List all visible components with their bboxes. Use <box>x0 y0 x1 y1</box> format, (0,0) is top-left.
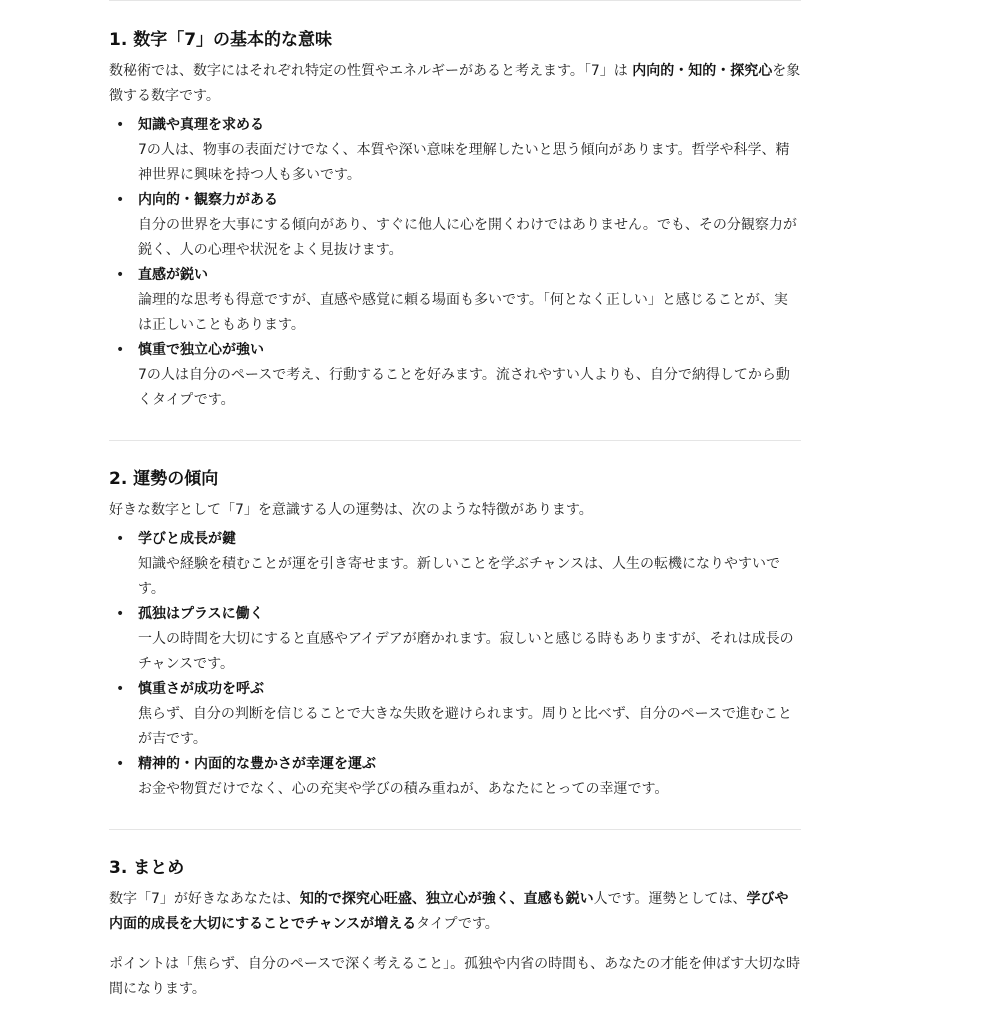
list-item: •慎重さが成功を呼ぶ焦らず、自分の判断を信じることで大きな失敗を避けられます。周… <box>109 677 801 752</box>
divider-top <box>109 0 801 1</box>
divider <box>109 440 801 441</box>
summary-paragraph: 数字「7」が好きなあなたは、知的で探究心旺盛、独立心が強く、直感も鋭い人です。運… <box>109 887 801 937</box>
divider <box>109 829 801 830</box>
section-intro: 好きな数字として「7」を意識する人の運勢は、次のような特徴があります。 <box>109 498 801 523</box>
list-item: •直感が鋭い論理的な思考も得意ですが、直感や感覚に頼る場面も多いです。「何となく… <box>109 263 801 338</box>
bullet-icon: • <box>116 677 124 702</box>
summary-point-paragraph: ポイントは「焦らず、自分のペースで深く考えること」。孤独や内省の時間も、あなたの… <box>109 952 801 1002</box>
bullet-icon: • <box>116 338 124 363</box>
bullet-icon: • <box>116 527 124 552</box>
section-heading: 3. まとめ <box>109 856 801 880</box>
list-item: •知識や真理を求める7の人は、物事の表面だけでなく、本質や深い意味を理解したいと… <box>109 113 801 188</box>
bullet-icon: • <box>116 752 124 777</box>
section-intro: 数秘術では、数字にはそれぞれ特定の性質やエネルギーがあると考えます。「7」は 内… <box>109 59 801 109</box>
section-basic-meaning: 1. 数字「7」の基本的な意味 数秘術では、数字にはそれぞれ特定の性質やエネルギ… <box>109 28 801 413</box>
bullet-icon: • <box>116 263 124 288</box>
bullet-list: •知識や真理を求める7の人は、物事の表面だけでなく、本質や深い意味を理解したいと… <box>109 113 801 413</box>
section-heading: 1. 数字「7」の基本的な意味 <box>109 28 801 52</box>
list-item: •精神的・内面的な豊かさが幸運を運ぶお金や物質だけでなく、心の充実や学びの積み重… <box>109 752 801 802</box>
list-item: •孤独はプラスに働く一人の時間を大切にすると直感やアイデアが磨かれます。寂しいと… <box>109 602 801 677</box>
bullet-list: •学びと成長が鍵知識や経験を積むことが運を引き寄せます。新しいことを学ぶチャンス… <box>109 527 801 802</box>
document-body: 1. 数字「7」の基本的な意味 数秘術では、数字にはそれぞれ特定の性質やエネルギ… <box>109 0 801 1002</box>
list-item: •内向的・観察力がある自分の世界を大事にする傾向があり、すぐに他人に心を開くわけ… <box>109 188 801 263</box>
list-item: •学びと成長が鍵知識や経験を積むことが運を引き寄せます。新しいことを学ぶチャンス… <box>109 527 801 602</box>
bullet-icon: • <box>116 602 124 627</box>
bullet-icon: • <box>116 188 124 213</box>
section-heading: 2. 運勢の傾向 <box>109 467 801 491</box>
section-summary: 3. まとめ 数字「7」が好きなあなたは、知的で探究心旺盛、独立心が強く、直感も… <box>109 856 801 1002</box>
bullet-icon: • <box>116 113 124 138</box>
list-item: •慎重で独立心が強い7の人は自分のペースで考え、行動することを好みます。流されや… <box>109 338 801 413</box>
section-fortune-tendency: 2. 運勢の傾向 好きな数字として「7」を意識する人の運勢は、次のような特徴があ… <box>109 467 801 802</box>
